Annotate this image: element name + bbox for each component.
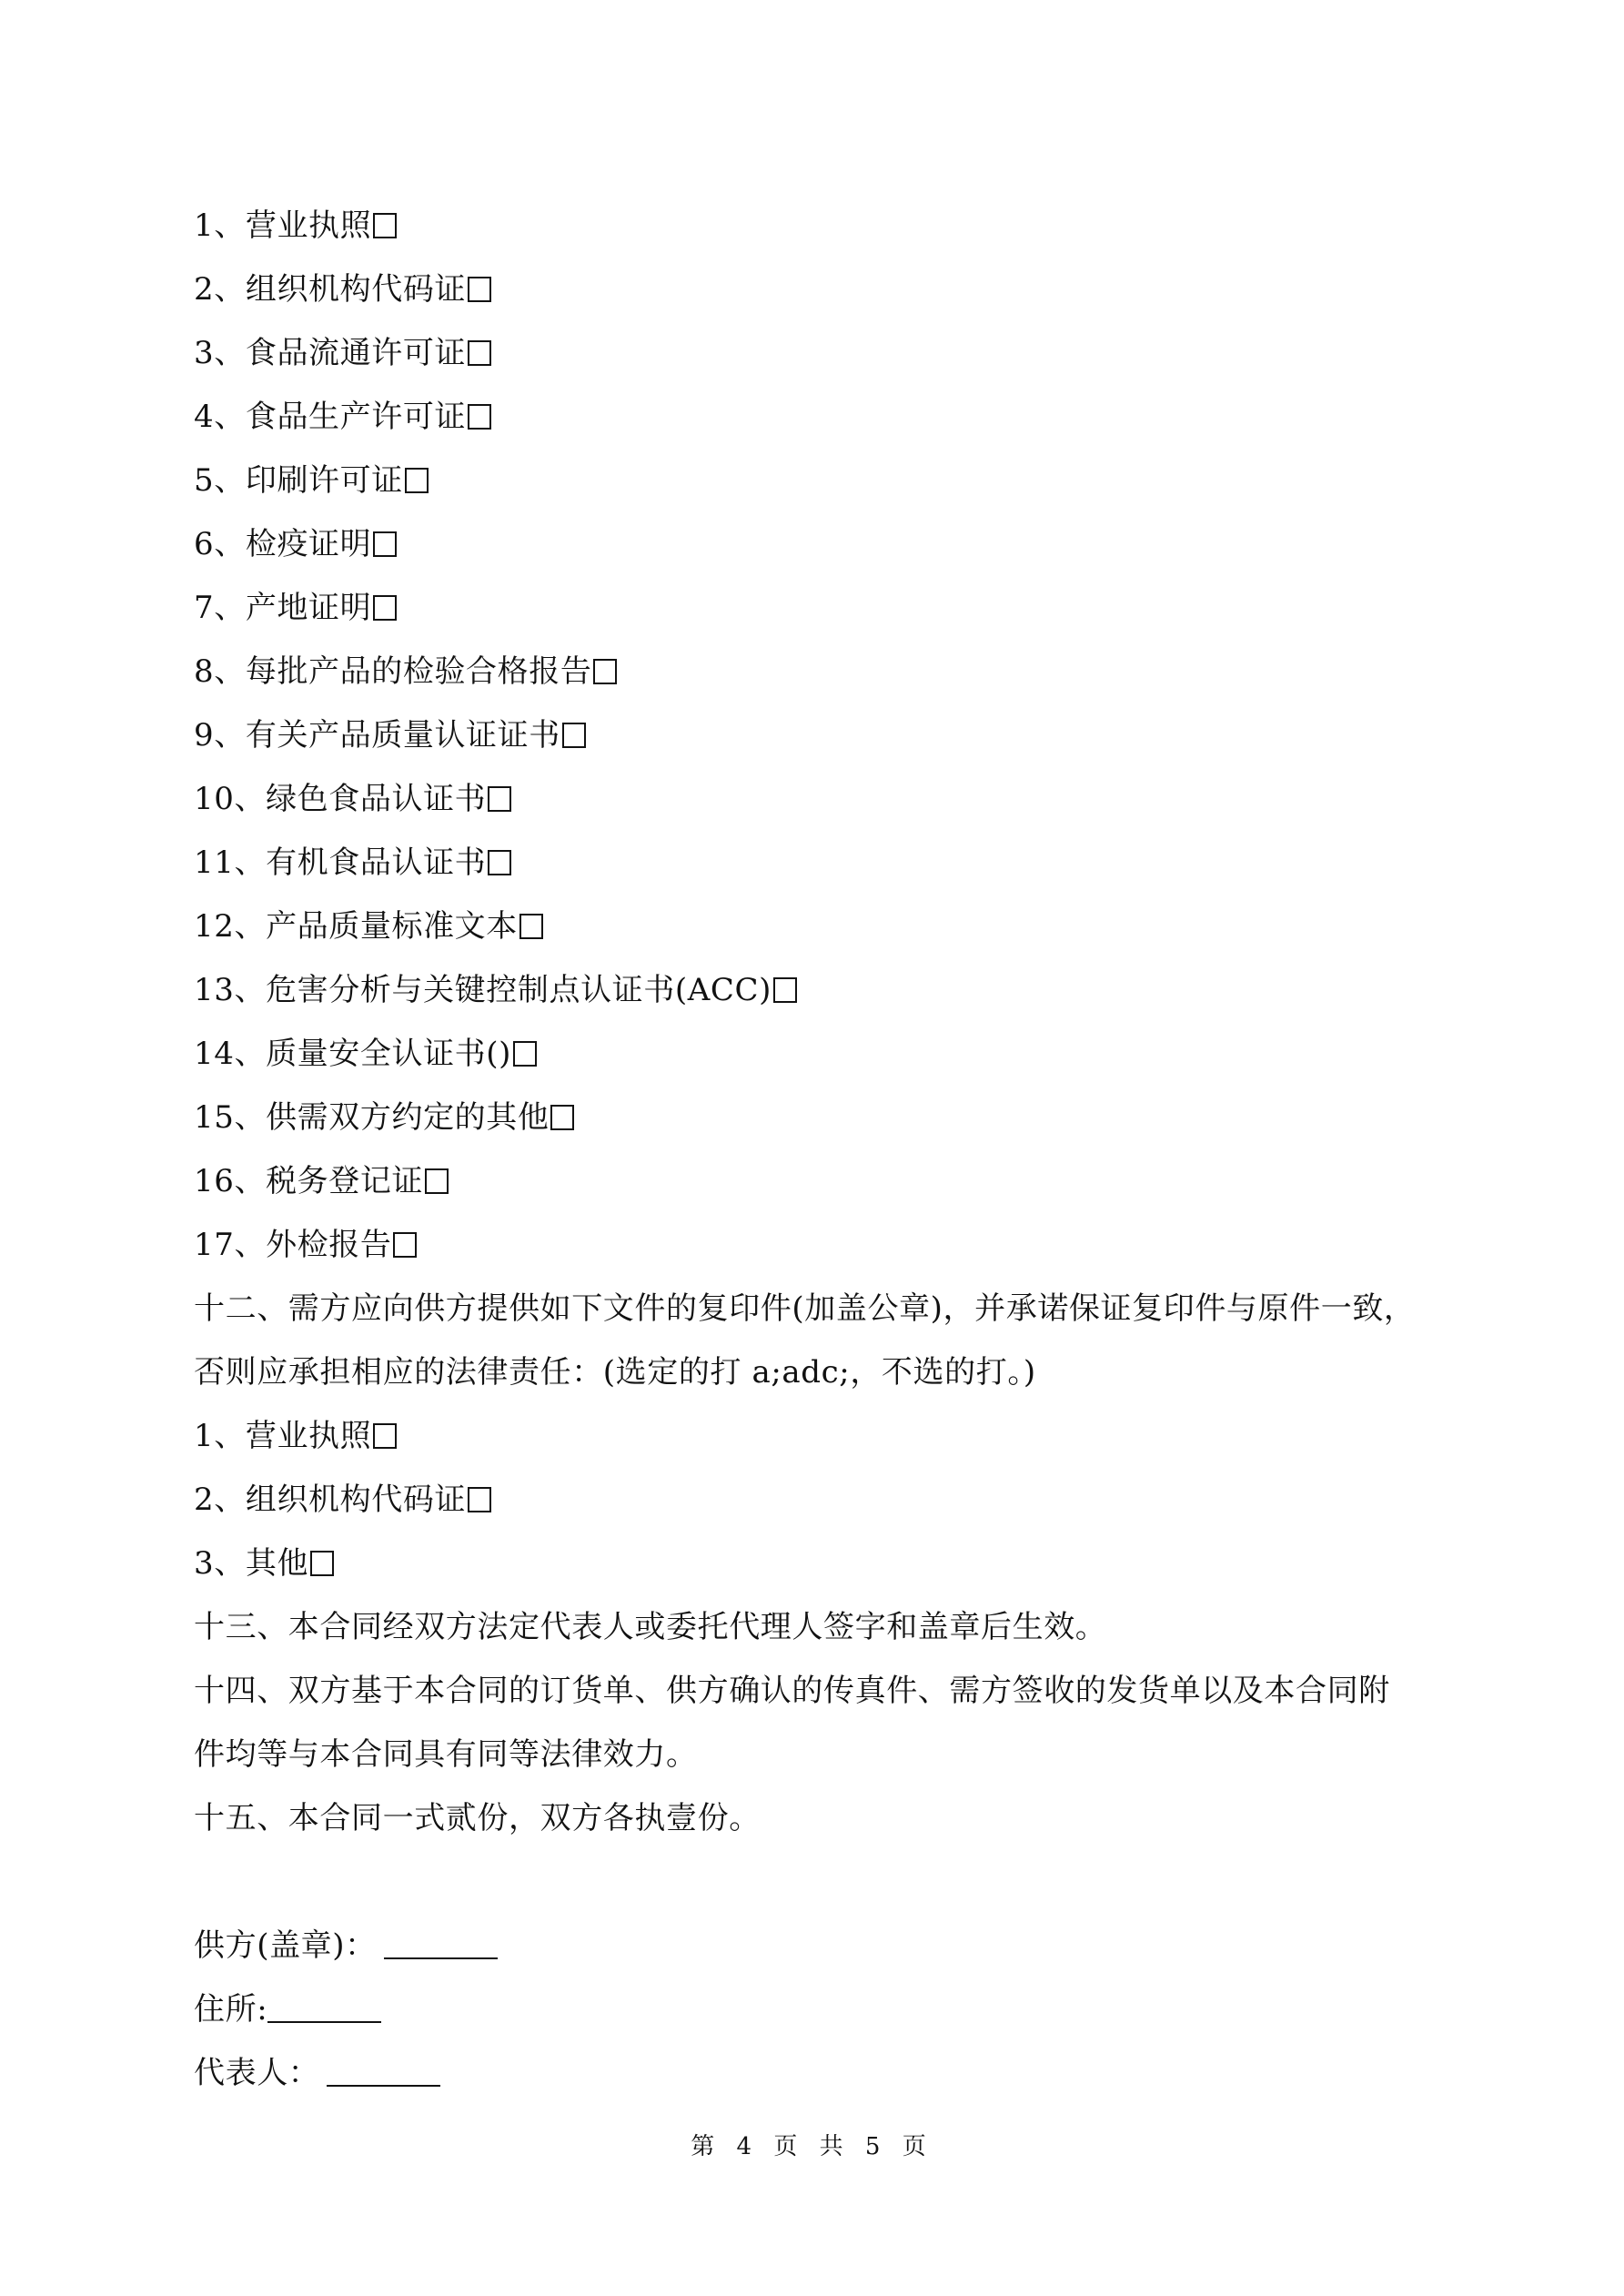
item-number: 15、 (194, 1099, 266, 1136)
item-text: 有关产品质量认证证书 (246, 717, 560, 754)
item-text: 组织机构代码证 (246, 271, 466, 308)
address-label: 住所: (194, 1991, 267, 2028)
item-text: 外检报告 (266, 1227, 391, 1263)
item-number: 2、 (194, 1482, 246, 1518)
item-number: 17、 (194, 1227, 266, 1263)
document-page: 1、营业执照 2、组织机构代码证 3、食品流通许可证 4、食品生产许可证 5、印… (0, 0, 1624, 2296)
list-item: 11、有机食品认证书 (194, 831, 1431, 895)
checkbox-icon[interactable] (405, 468, 429, 493)
supplier-seal-row: 供方(盖章)： (194, 1914, 1431, 1977)
clause-15: 十五、本合同一式贰份，双方各执壹份。 (194, 1786, 1431, 1850)
item-number: 4、 (194, 399, 246, 435)
item-text: 检疫证明 (246, 526, 371, 562)
checkbox-icon[interactable] (562, 723, 586, 748)
list-item: 16、税务登记证 (194, 1149, 1431, 1213)
item-number: 5、 (194, 462, 246, 499)
list-item: 10、绿色食品认证书 (194, 767, 1431, 831)
list-item: 14、质量安全认证书() (194, 1022, 1431, 1086)
item-number: 8、 (194, 653, 246, 690)
checkbox-icon[interactable] (468, 404, 491, 430)
item-text: 产品质量标准文本 (266, 908, 518, 945)
item-number: 2、 (194, 271, 246, 308)
page-footer: 第 4 页 共 5 页 (0, 2128, 1624, 2161)
item-number: 11、 (194, 845, 266, 881)
item-number: 3、 (194, 335, 246, 371)
checkbox-icon[interactable] (373, 595, 397, 621)
item-text: 质量安全认证书() (266, 1036, 511, 1072)
checkbox-icon[interactable] (550, 1105, 574, 1130)
list-item: 2、组织机构代码证 (194, 1468, 1431, 1532)
item-number: 16、 (194, 1163, 266, 1199)
list-item: 15、供需双方约定的其他 (194, 1086, 1431, 1149)
item-text: 印刷许可证 (246, 462, 403, 499)
checkbox-icon[interactable] (468, 340, 491, 366)
checkbox-icon[interactable] (393, 1232, 417, 1258)
checkbox-icon[interactable] (519, 914, 543, 939)
supplier-seal-label: 供方(盖章)： (194, 1927, 377, 1964)
item-text: 有机食品认证书 (266, 845, 486, 881)
list-item: 6、检疫证明 (194, 512, 1431, 576)
list-item: 5、印刷许可证 (194, 449, 1431, 512)
list-item: 13、危害分析与关键控制点认证书(ACC) (194, 958, 1431, 1022)
checkbox-icon[interactable] (773, 977, 797, 1003)
address-field[interactable] (267, 1994, 381, 2023)
document-list-a: 1、营业执照 2、组织机构代码证 3、食品流通许可证 4、食品生产许可证 5、印… (194, 194, 1431, 1277)
list-item: 1、营业执照 (194, 194, 1431, 258)
list-item: 4、食品生产许可证 (194, 385, 1431, 449)
clause-13: 十三、本合同经双方法定代表人或委托代理人签字和盖章后生效。 (194, 1595, 1431, 1659)
item-number: 6、 (194, 526, 246, 562)
checkbox-icon[interactable] (373, 213, 397, 238)
document-body: 1、营业执照 2、组织机构代码证 3、食品流通许可证 4、食品生产许可证 5、印… (194, 194, 1431, 2105)
representative-label: 代表人： (194, 2055, 319, 2091)
list-item: 8、每批产品的检验合格报告 (194, 640, 1431, 703)
clause-14-line-2: 件均等与本合同具有同等法律效力。 (194, 1723, 1431, 1786)
item-text: 供需双方约定的其他 (266, 1099, 549, 1136)
checkbox-icon[interactable] (593, 659, 617, 684)
item-number: 10、 (194, 781, 266, 817)
item-text: 营业执照 (246, 1418, 371, 1454)
list-item: 3、食品流通许可证 (194, 321, 1431, 385)
item-number: 3、 (194, 1545, 246, 1582)
checkbox-icon[interactable] (373, 531, 397, 557)
item-number: 14、 (194, 1036, 266, 1072)
list-item: 3、其他 (194, 1532, 1431, 1595)
document-list-b: 1、营业执照 2、组织机构代码证 3、其他 (194, 1404, 1431, 1595)
item-number: 9、 (194, 717, 246, 754)
representative-row: 代表人： (194, 2041, 1431, 2105)
item-text: 食品流通许可证 (246, 335, 466, 371)
checkbox-icon[interactable] (488, 850, 511, 875)
clause-12: 十二、需方应向供方提供如下文件的复印件(加盖公章)，并承诺保证复印件与原件一致，… (194, 1277, 1431, 1404)
list-item: 12、产品质量标准文本 (194, 895, 1431, 958)
item-text: 食品生产许可证 (246, 399, 466, 435)
supplier-seal-field[interactable] (384, 1930, 498, 1959)
clause-12-line-2: 否则应承担相应的法律责任：(选定的打 a;adc;，不选的打。) (194, 1340, 1431, 1404)
spacer (194, 1850, 1431, 1914)
checkbox-icon[interactable] (468, 277, 491, 302)
item-text: 绿色食品认证书 (266, 781, 486, 817)
item-number: 12、 (194, 908, 266, 945)
list-item: 1、营业执照 (194, 1404, 1431, 1468)
checkbox-icon[interactable] (513, 1041, 537, 1067)
item-text: 税务登记证 (266, 1163, 423, 1199)
checkbox-icon[interactable] (373, 1423, 397, 1449)
item-text: 其他 (246, 1545, 308, 1582)
item-text: 组织机构代码证 (246, 1482, 466, 1518)
item-number: 7、 (194, 590, 246, 626)
checkbox-icon[interactable] (310, 1551, 334, 1576)
item-text: 营业执照 (246, 207, 371, 244)
checkbox-icon[interactable] (468, 1487, 491, 1512)
list-item: 7、产地证明 (194, 576, 1431, 640)
item-number: 1、 (194, 1418, 246, 1454)
representative-field[interactable] (327, 2058, 440, 2087)
checkbox-icon[interactable] (488, 786, 511, 812)
list-item: 17、外检报告 (194, 1213, 1431, 1277)
address-row: 住所: (194, 1977, 1431, 2041)
item-number: 1、 (194, 207, 246, 244)
clause-14-line-1: 十四、双方基于本合同的订货单、供方确认的传真件、需方签收的发货单以及本合同附 (194, 1659, 1431, 1723)
clause-12-line-1: 十二、需方应向供方提供如下文件的复印件(加盖公章)，并承诺保证复印件与原件一致， (194, 1277, 1431, 1340)
signature-block: 供方(盖章)： 住所: 代表人： (194, 1914, 1431, 2105)
item-text: 危害分析与关键控制点认证书(ACC) (266, 972, 772, 1008)
list-item: 2、组织机构代码证 (194, 258, 1431, 321)
checkbox-icon[interactable] (425, 1168, 449, 1194)
list-item: 9、有关产品质量认证证书 (194, 703, 1431, 767)
clause-14: 十四、双方基于本合同的订货单、供方确认的传真件、需方签收的发货单以及本合同附 件… (194, 1659, 1431, 1786)
item-text: 每批产品的检验合格报告 (246, 653, 592, 690)
item-number: 13、 (194, 972, 266, 1008)
item-text: 产地证明 (246, 590, 371, 626)
